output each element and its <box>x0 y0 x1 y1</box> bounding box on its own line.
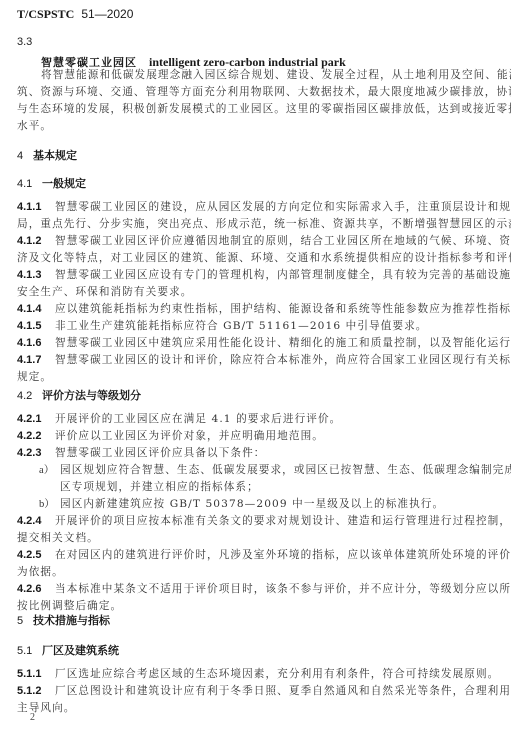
list-text-continuation: 区专项规划，并建立相应的指标体系； <box>60 479 259 494</box>
clause-id: 4.2.5 <box>17 549 55 561</box>
clause-5-1-2: 5.1.2厂区总图设计和建筑设计应有利于冬季日照、夏季自然通风和自然采光等条件，… <box>17 683 511 698</box>
clause-text: 智慧零碳工业园区评价应遵循因地制宜的原则，结合工业园区所在地域的气候、环境、资源… <box>55 235 511 247</box>
clause-text: 非工业生产建筑能耗指标应符合 GB/T 51161—2016 中引导值要求。 <box>55 320 428 332</box>
list-text: 园区内新建建筑应按 GB/T 50378—2009 中一星级及以上的标准执行。 <box>60 498 444 510</box>
clause-4-1-3: 4.1.3智慧零碳工业园区应设有专门的管理机构，内部管理制度健全，具有较为完善的… <box>17 267 511 282</box>
section-number: 5 <box>17 615 33 627</box>
clause-4-2-4: 4.2.4开展评价的项目应按本标准有关条文的要求对规划设计、建造和运行管理进行过… <box>17 513 511 528</box>
clause-text-continuation: 规定。 <box>17 369 52 384</box>
clause-text: 评价应以工业园区为评价对象，并应明确用地范围。 <box>55 430 324 442</box>
clause-id: 4.2.4 <box>17 515 55 527</box>
subsection-number: 4.1 <box>17 178 42 190</box>
clause-id: 4.1.6 <box>17 337 55 349</box>
clause-id: 4.2.3 <box>17 447 55 459</box>
clause-id: 5.1.2 <box>17 685 55 697</box>
list-marker: a） <box>39 462 60 477</box>
list-marker: b） <box>39 496 60 511</box>
clause-text-continuation: 安全生产、环保和消防有关要求。 <box>17 284 192 299</box>
clause-id: 4.2.1 <box>17 413 55 425</box>
term-definition-line: 水平。 <box>17 118 52 133</box>
clause-4-2-3: 4.2.3智慧零碳工业园区评价应具备以下条件： <box>17 445 266 460</box>
standard-number: 51—2020 <box>81 7 133 21</box>
subsection-title: 评价方法与等级划分 <box>42 389 141 402</box>
clause-4-2-1: 4.2.1开展评价的工业园区应在满足 4.1 的要求后进行评价。 <box>17 411 341 426</box>
section-title: 基本规定 <box>33 149 77 162</box>
term-definition-line: 与生态环境的发展，积极创新发展模式的工业园区。这里的零碳指园区碳排放低，达到或接… <box>17 101 511 116</box>
clause-4-2-5: 4.2.5在对园区内的建筑进行评价时，凡涉及室外环境的指标，应以该单体建筑所处环… <box>17 547 511 562</box>
section-title: 技术措施与指标 <box>33 614 110 627</box>
clause-text-continuation: 按比例调整后确定。 <box>17 598 122 613</box>
clause-text: 智慧零碳工业园区的建设，应从园区发展的方向定位和实际需求入手，注重顶层设计和规划… <box>55 201 511 213</box>
clause-4-1-2: 4.1.2智慧零碳工业园区评价应遵循因地制宜的原则，结合工业园区所在地域的气候、… <box>17 233 511 248</box>
subsection-heading: 4.2评价方法与等级划分 <box>17 387 141 403</box>
clause-4-1-6: 4.1.6智慧零碳工业园区中建筑应采用性能化设计、精细化的施工和质量控制，以及智… <box>17 335 511 350</box>
clause-5-1-1: 5.1.1厂区选址应综合考虑区域的生态环境因素，充分利用有利条件，符合可持续发展… <box>17 666 499 681</box>
clause-4-2-6: 4.2.6当本标准中某条文不适用于评价项目时，该条不参与评价，并不应计分，等级划… <box>17 581 511 596</box>
clause-text: 智慧零碳工业园区中建筑应采用性能化设计、精细化的施工和质量控制，以及智能化运行管… <box>55 337 511 349</box>
clause-text-continuation: 济及文化等特点，对工业园区的建筑、能源、环境、交通和水系统提供相应的设计指标参考… <box>17 250 511 265</box>
clause-text: 在对园区内的建筑进行评价时，凡涉及室外环境的指标，应以该单体建筑所处环境的评价结… <box>55 549 511 561</box>
clause-id: 4.1.4 <box>17 303 55 315</box>
clause-id: 4.1.5 <box>17 320 55 332</box>
clause-text: 开展评价的项目应按本标准有关条文的要求对规划设计、建造和运行管理进行过程控制，并… <box>55 515 511 527</box>
clause-text: 智慧零碳工业园区的设计和评价，除应符合本标准外，尚应符合国家工业园区现行有关标准… <box>55 354 511 366</box>
subsection-number: 5.1 <box>17 645 42 657</box>
clause-text: 当本标准中某条文不适用于评价项目时，该条不参与评价，并不应计分，等级划分应以所得… <box>55 583 511 595</box>
clause-text-continuation: 主导风向。 <box>17 700 75 715</box>
subsection-heading: 4.1一般规定 <box>17 175 86 191</box>
clause-text: 智慧零碳工业园区应设有专门的管理机构，内部管理制度健全，具有较为完善的基础设施，… <box>55 269 511 281</box>
clause-id: 4.1.2 <box>17 235 55 247</box>
section-heading: 4基本规定 <box>17 147 77 163</box>
clause-4-1-7: 4.1.7智慧零碳工业园区的设计和评价，除应符合本标准外，尚应符合国家工业园区现… <box>17 352 511 367</box>
term-definition-line: 筑、资源与环境、交通、管理等方面充分利用物联网、大数据技术，最大限度地减少碳排放… <box>17 84 511 99</box>
clause-4-1-1: 4.1.1智慧零碳工业园区的建设，应从园区发展的方向定位和实际需求入手，注重顶层… <box>17 199 511 214</box>
clause-text-continuation: 局，重点先行、分步实施，突出亮点、形成示范，统一标准、资源共享，不断增强智慧园区… <box>17 216 511 231</box>
clause-text: 应以建筑能耗指标为约束性指标，围护结构、能源设备和系统等性能参数应为推荐性指标。 <box>55 303 511 315</box>
clause-4-2-2: 4.2.2评价应以工业园区为评价对象，并应明确用地范围。 <box>17 428 324 443</box>
clause-text-continuation: 提交相关文档。 <box>17 530 99 545</box>
list-item-a: a）园区规划应符合智慧、生态、低碳发展要求，或园区已按智慧、生态、低碳理念编制完… <box>39 462 511 477</box>
page-number: 2 <box>30 712 35 723</box>
subsection-title: 一般规定 <box>42 177 86 190</box>
term-definition-line: 将智慧能源和低碳发展理念融入园区综合规划、建设、发展全过程，从土地利用及空间、能… <box>41 67 511 82</box>
clause-id: 4.1.1 <box>17 201 55 213</box>
clause-text-continuation: 为依据。 <box>17 564 64 579</box>
subsection-title: 厂区及建筑系统 <box>42 644 119 657</box>
clause-text: 智慧零碳工业园区评价应具备以下条件： <box>55 447 266 459</box>
clause-text: 厂区选址应综合考虑区域的生态环境因素，充分利用有利条件，符合可持续发展原则。 <box>55 668 499 680</box>
standard-prefix: T/CSPSTC <box>17 7 74 21</box>
clause-id: 4.2.6 <box>17 583 55 595</box>
clause-4-1-4: 4.1.4应以建筑能耗指标为约束性指标，围护结构、能源设备和系统等性能参数应为推… <box>17 301 511 316</box>
clause-id: 4.2.2 <box>17 430 55 442</box>
clause-text: 厂区总图设计和建筑设计应有利于冬季日照、夏季自然通风和自然采光等条件，合理利用当… <box>55 685 511 697</box>
clause-id: 4.1.3 <box>17 269 55 281</box>
clause-id: 5.1.1 <box>17 668 55 680</box>
section-heading: 5技术措施与指标 <box>17 612 110 628</box>
list-text: 园区规划应符合智慧、生态、低碳发展要求，或园区已按智慧、生态、低碳理念编制完成工… <box>60 464 511 476</box>
term-number: 3.3 <box>17 36 32 48</box>
clause-id: 4.1.7 <box>17 354 55 366</box>
section-number: 4 <box>17 150 33 162</box>
clause-text: 开展评价的工业园区应在满足 4.1 的要求后进行评价。 <box>55 413 341 425</box>
standard-header: T/CSPSTC 51—2020 <box>17 7 133 22</box>
clause-4-1-5: 4.1.5非工业生产建筑能耗指标应符合 GB/T 51161—2016 中引导值… <box>17 318 428 333</box>
subsection-heading: 5.1厂区及建筑系统 <box>17 642 119 658</box>
list-item-b: b）园区内新建建筑应按 GB/T 50378—2009 中一星级及以上的标准执行… <box>39 496 444 511</box>
subsection-number: 4.2 <box>17 390 42 402</box>
